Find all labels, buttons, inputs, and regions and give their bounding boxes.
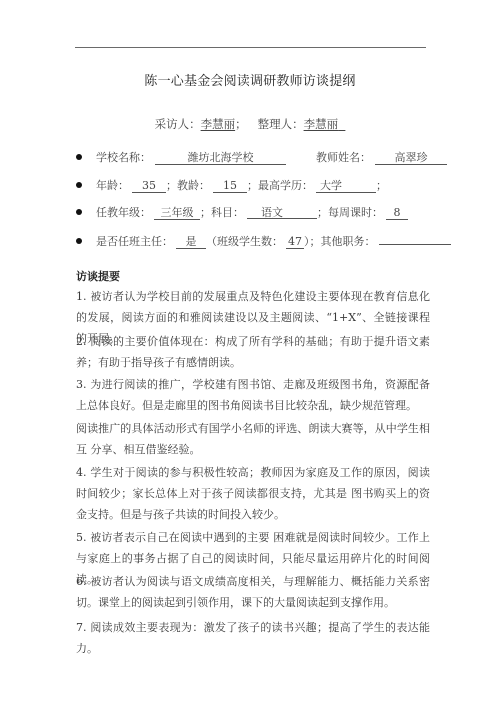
bullet-icon xyxy=(76,238,82,244)
separator: ； xyxy=(166,179,177,192)
summary-paragraph-4: 4. 学生对于阅读的参与积极性较高；教师因为家庭及工作的原因，阅读时间较少；家长… xyxy=(76,462,430,525)
separator: ； xyxy=(200,206,211,219)
other-duties-label: 其他职务： xyxy=(321,235,376,248)
class-size-close: ）； xyxy=(304,235,321,248)
head-teacher-label: 是否任班主任： xyxy=(96,235,173,248)
interviewer-line: 采访人：李慧丽； 整理人：李慧丽 xyxy=(0,116,500,132)
header-rule xyxy=(75,47,426,48)
interviewer-name: 李慧丽 xyxy=(201,117,236,131)
teaching-years-label: 教龄： xyxy=(177,179,210,192)
organizer-label: 整理人： xyxy=(258,117,304,131)
summary-paragraph-6: 6. 被访者认为阅读与语文成绩高度相关，与理解能力、概括能力关系密切。课堂上的阅… xyxy=(76,571,430,613)
weekly-hours-label: 每周课时： xyxy=(328,206,383,219)
info-row-school: 学校名称：潍坊北海学校教师姓名：高翠珍 xyxy=(76,149,447,165)
interviewer-label: 采访人： xyxy=(155,117,201,131)
info-row-grade: 任教年级：三年级；科目：语文；每周课时：8 xyxy=(76,204,408,220)
class-size-open: （班级学生数： xyxy=(206,235,283,248)
school-label: 学校名称： xyxy=(96,151,151,164)
subject-field: 语文 xyxy=(247,206,317,219)
grade-field: 三年级 xyxy=(154,206,200,220)
subject-label: 科目： xyxy=(211,206,244,219)
bullet-icon xyxy=(76,154,82,160)
teaching-years-field: 15 xyxy=(213,179,247,193)
head-teacher-field: 是 xyxy=(176,235,206,249)
education-field: 大学 xyxy=(316,179,376,193)
teacher-label: 教师姓名： xyxy=(316,151,371,164)
age-field: 35 xyxy=(132,179,166,193)
summary-paragraph-3: 3. 为进行阅读的推广，学校建有图书馆、走廊及班级图书角，资源配备上总体良好。但… xyxy=(76,374,430,416)
summary-paragraph-7: 7. 阅读成效主要表现为：激发了孩子的读书兴趣；提高了学生的表达能力。 xyxy=(76,617,430,659)
age-label: 年龄： xyxy=(96,179,129,192)
grade-label: 任教年级： xyxy=(96,206,151,219)
class-size-field: 47 xyxy=(286,235,304,249)
separator: ； xyxy=(376,179,387,192)
info-row-age: 年龄：35；教龄：15；最高学历：大学； xyxy=(76,177,387,193)
teacher-field: 高翠珍 xyxy=(375,151,447,165)
organizer-name: 李慧丽 xyxy=(304,117,339,131)
separator: ； xyxy=(317,206,328,219)
info-row-head-teacher: 是否任班主任：是（班级学生数：47）；其他职务： xyxy=(76,231,451,249)
separator: ； xyxy=(247,179,258,192)
summary-paragraph-2: 2. 阅读的主要价值体现在：构成了所有学科的基础；有助于提升语文素养；有助于指导… xyxy=(76,331,430,373)
school-field: 潍坊北海学校 xyxy=(155,151,286,165)
education-label: 最高学历： xyxy=(258,179,313,192)
interviewer-separator: ； xyxy=(235,117,247,131)
document-page: 陈一心基金会阅读调研教师访谈提纲 采访人：李慧丽； 整理人：李慧丽 学校名称：潍… xyxy=(0,0,500,708)
weekly-hours-field: 8 xyxy=(386,206,408,220)
other-duties-field xyxy=(379,231,451,245)
summary-heading: 访谈提要 xyxy=(76,268,120,284)
bullet-icon xyxy=(76,209,82,215)
summary-paragraph-3-cont: 阅读推广的具体活动形式有国学小名师的评选、朗读大赛等，从中学生相互 分享、相互借… xyxy=(76,418,430,460)
document-title: 陈一心基金会阅读调研教师访谈提纲 xyxy=(0,70,500,89)
bullet-icon xyxy=(76,182,82,188)
